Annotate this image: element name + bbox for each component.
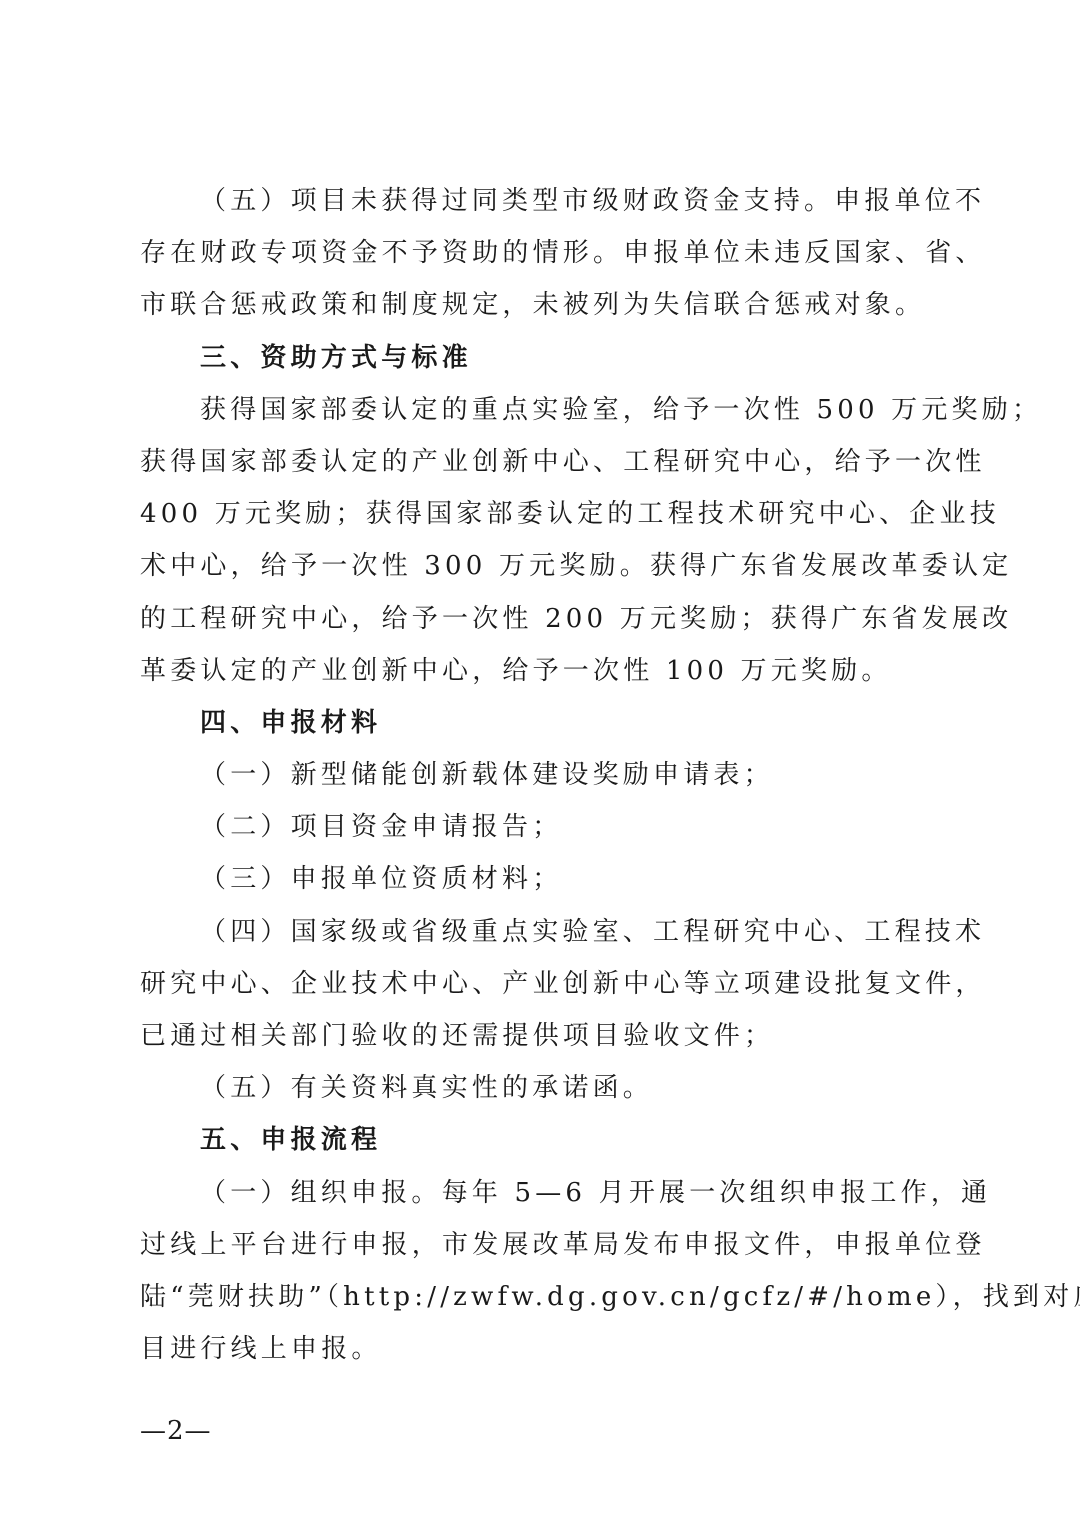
paragraph-line: 研究中心、企业技术中心、产业创新中心等立项建设批复文件， (140, 958, 945, 1010)
section-heading: 五、申报流程 (140, 1114, 945, 1166)
paragraph-line: （一）组织申报。每年 5—6 月开展一次组织申报工作，通 (140, 1167, 945, 1219)
paragraph-line: 400 万元奖励；获得国家部委认定的工程技术研究中心、企业技 (140, 488, 945, 540)
section-heading: 三、资助方式与标准 (140, 332, 945, 384)
list-item: （四）国家级或省级重点实验室、工程研究中心、工程技术 (140, 906, 945, 958)
paragraph-line: 的工程研究中心，给予一次性 200 万元奖励；获得广东省发展改 (140, 593, 945, 645)
list-item: （五）有关资料真实性的承诺函。 (140, 1062, 945, 1114)
paragraph-line: 已通过相关部门验收的还需提供项目验收文件； (140, 1010, 945, 1062)
list-item: （二）项目资金申请报告； (140, 801, 945, 853)
paragraph-line: 获得国家部委认定的重点实验室，给予一次性 500 万元奖励； (140, 384, 945, 436)
paragraph-line: 术中心，给予一次性 300 万元奖励。获得广东省发展改革委认定 (140, 540, 945, 592)
list-item: （一）新型储能创新载体建设奖励申请表； (140, 749, 945, 801)
document-page: （五）项目未获得过同类型市级财政资金支持。申报单位不 存在财政专项资金不予资助的… (140, 175, 945, 1375)
paragraph-line: 获得国家部委认定的产业创新中心、工程研究中心，给予一次性 (140, 436, 945, 488)
paragraph-line: 目进行线上申报。 (140, 1323, 945, 1375)
paragraph-line: 存在财政专项资金不予资助的情形。申报单位未违反国家、省、 (140, 227, 945, 279)
section-heading: 四、申报材料 (140, 697, 945, 749)
page-number: —2— (140, 1416, 212, 1446)
paragraph-line: （五）项目未获得过同类型市级财政资金支持。申报单位不 (140, 175, 945, 227)
paragraph-line: 革委认定的产业创新中心，给予一次性 100 万元奖励。 (140, 645, 945, 697)
paragraph-line-with-url: 陆“莞财扶助”（http://zwfw.dg.gov.cn/gcfz/#/hom… (140, 1271, 945, 1323)
paragraph-line: 过线上平台进行申报，市发展改革局发布申报文件，申报单位登 (140, 1219, 945, 1271)
list-item: （三）申报单位资质材料； (140, 853, 945, 905)
paragraph-line: 市联合惩戒政策和制度规定，未被列为失信联合惩戒对象。 (140, 279, 945, 331)
